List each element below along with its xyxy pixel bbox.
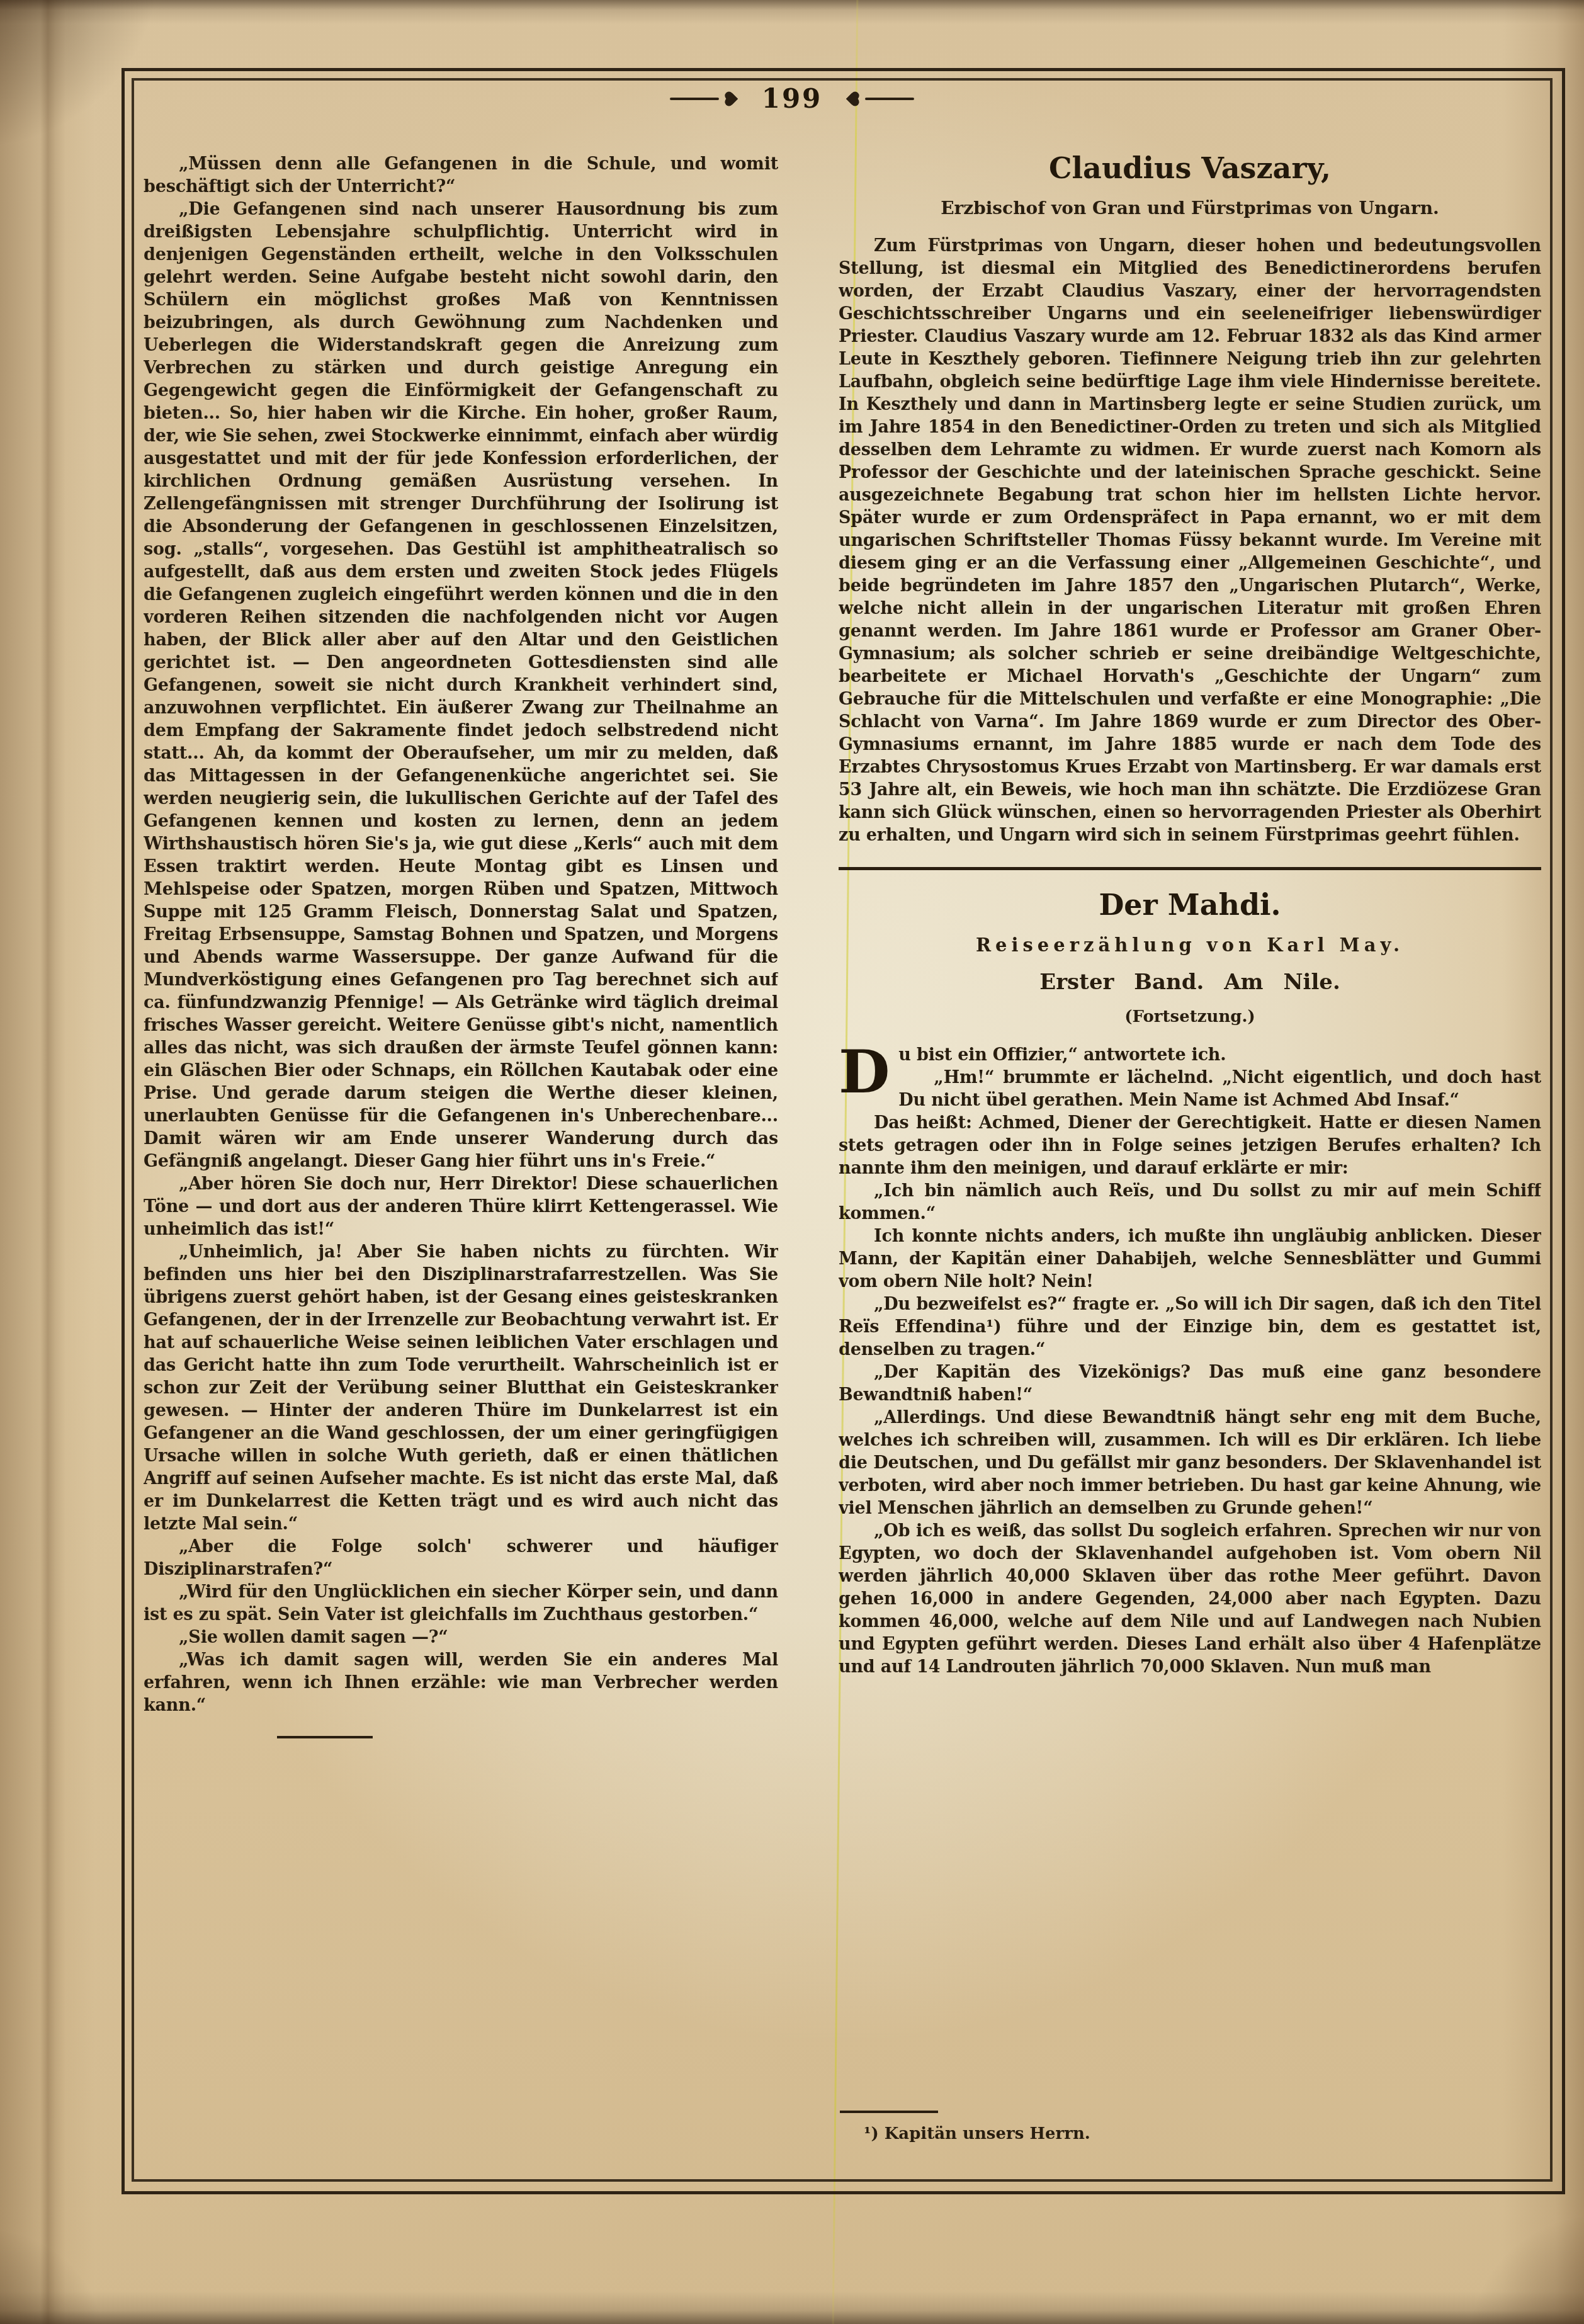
paragraph: „Der Kapitän des Vizekönigs? Das muß ein… — [839, 1361, 1541, 1407]
fleuron-left-icon — [670, 91, 739, 106]
footnote-text: ¹) Kapitän unsers Herrn. — [839, 2124, 1531, 2143]
paragraph: Das heißt: Achmed, Diener der Gerechtigk… — [839, 1112, 1541, 1180]
opening-text: u bist ein Offizier,“ antwortete ich. — [898, 1045, 1226, 1065]
paragraph: „Sie wollen damit sagen —?“ — [144, 1626, 778, 1649]
page-number: 199 — [762, 83, 823, 114]
continuation-note: (Fortsetzung.) — [839, 1007, 1541, 1026]
paragraph: „Müssen denn alle Gefangenen in die Schu… — [144, 153, 778, 198]
article-byline: Reiseerzählung von Karl May. — [839, 934, 1541, 956]
article-divider-rule — [839, 867, 1541, 870]
paragraph: „Du bezweifelst es?“ fragte er. „So will… — [839, 1293, 1541, 1361]
paragraph: „Ob ich es weiß, das sollst Du sogleich … — [839, 1520, 1541, 1679]
paragraph: „Was ich damit sagen will, werden Sie ei… — [144, 1649, 778, 1717]
paragraph-with-dropcap: Du bist ein Offizier,“ antwortete ich. — [839, 1044, 1541, 1067]
article-title-vaszary: Claudius Vaszary, — [839, 151, 1541, 185]
paragraph: „Aber die Folge solch' schwerer und häuf… — [144, 1536, 778, 1581]
article-title-mahdi: Der Mahdi. — [839, 888, 1541, 922]
footnote-block: ¹) Kapitän unsers Herrn. — [839, 2111, 1531, 2143]
section-end-rule — [277, 1736, 373, 1738]
scanned-magazine-page: 199 „Müssen denn alle Gefangenen in die … — [0, 0, 1584, 2324]
fleuron-right-icon — [845, 91, 914, 106]
paragraph: „Die Gefangenen sind nach unserer Hausor… — [144, 198, 778, 1173]
footnote-rule — [840, 2111, 938, 2113]
paragraph: Zum Fürstprimas von Ungarn, dieser hohen… — [839, 235, 1541, 847]
page-header: 199 — [0, 83, 1584, 114]
left-column: „Müssen denn alle Gefangenen in die Schu… — [144, 153, 778, 2187]
drop-cap: D — [839, 1044, 898, 1096]
right-column: Claudius Vaszary, Erzbischof von Gran un… — [839, 151, 1541, 2109]
paragraph: „Wird für den Unglücklichen ein siecher … — [144, 1581, 778, 1626]
paragraph: Ich konnte nichts anders, ich mußte ihn … — [839, 1225, 1541, 1293]
article-subtitle-vaszary: Erzbischof von Gran und Fürstprimas von … — [839, 198, 1541, 218]
paragraph: „Allerdings. Und diese Bewandtniß hängt … — [839, 1407, 1541, 1520]
paragraph: „Hm!“ brummte er lächelnd. „Nicht eigent… — [839, 1067, 1541, 1112]
paragraph: „Ich bin nämlich auch Reïs, und Du solls… — [839, 1180, 1541, 1225]
paragraph: „Aber hören Sie doch nur, Herr Direktor!… — [144, 1173, 778, 1241]
article-volume-line: Erster Band. Am Nile. — [839, 970, 1541, 995]
paragraph: „Unheimlich, ja! Aber Sie haben nichts z… — [144, 1241, 778, 1536]
